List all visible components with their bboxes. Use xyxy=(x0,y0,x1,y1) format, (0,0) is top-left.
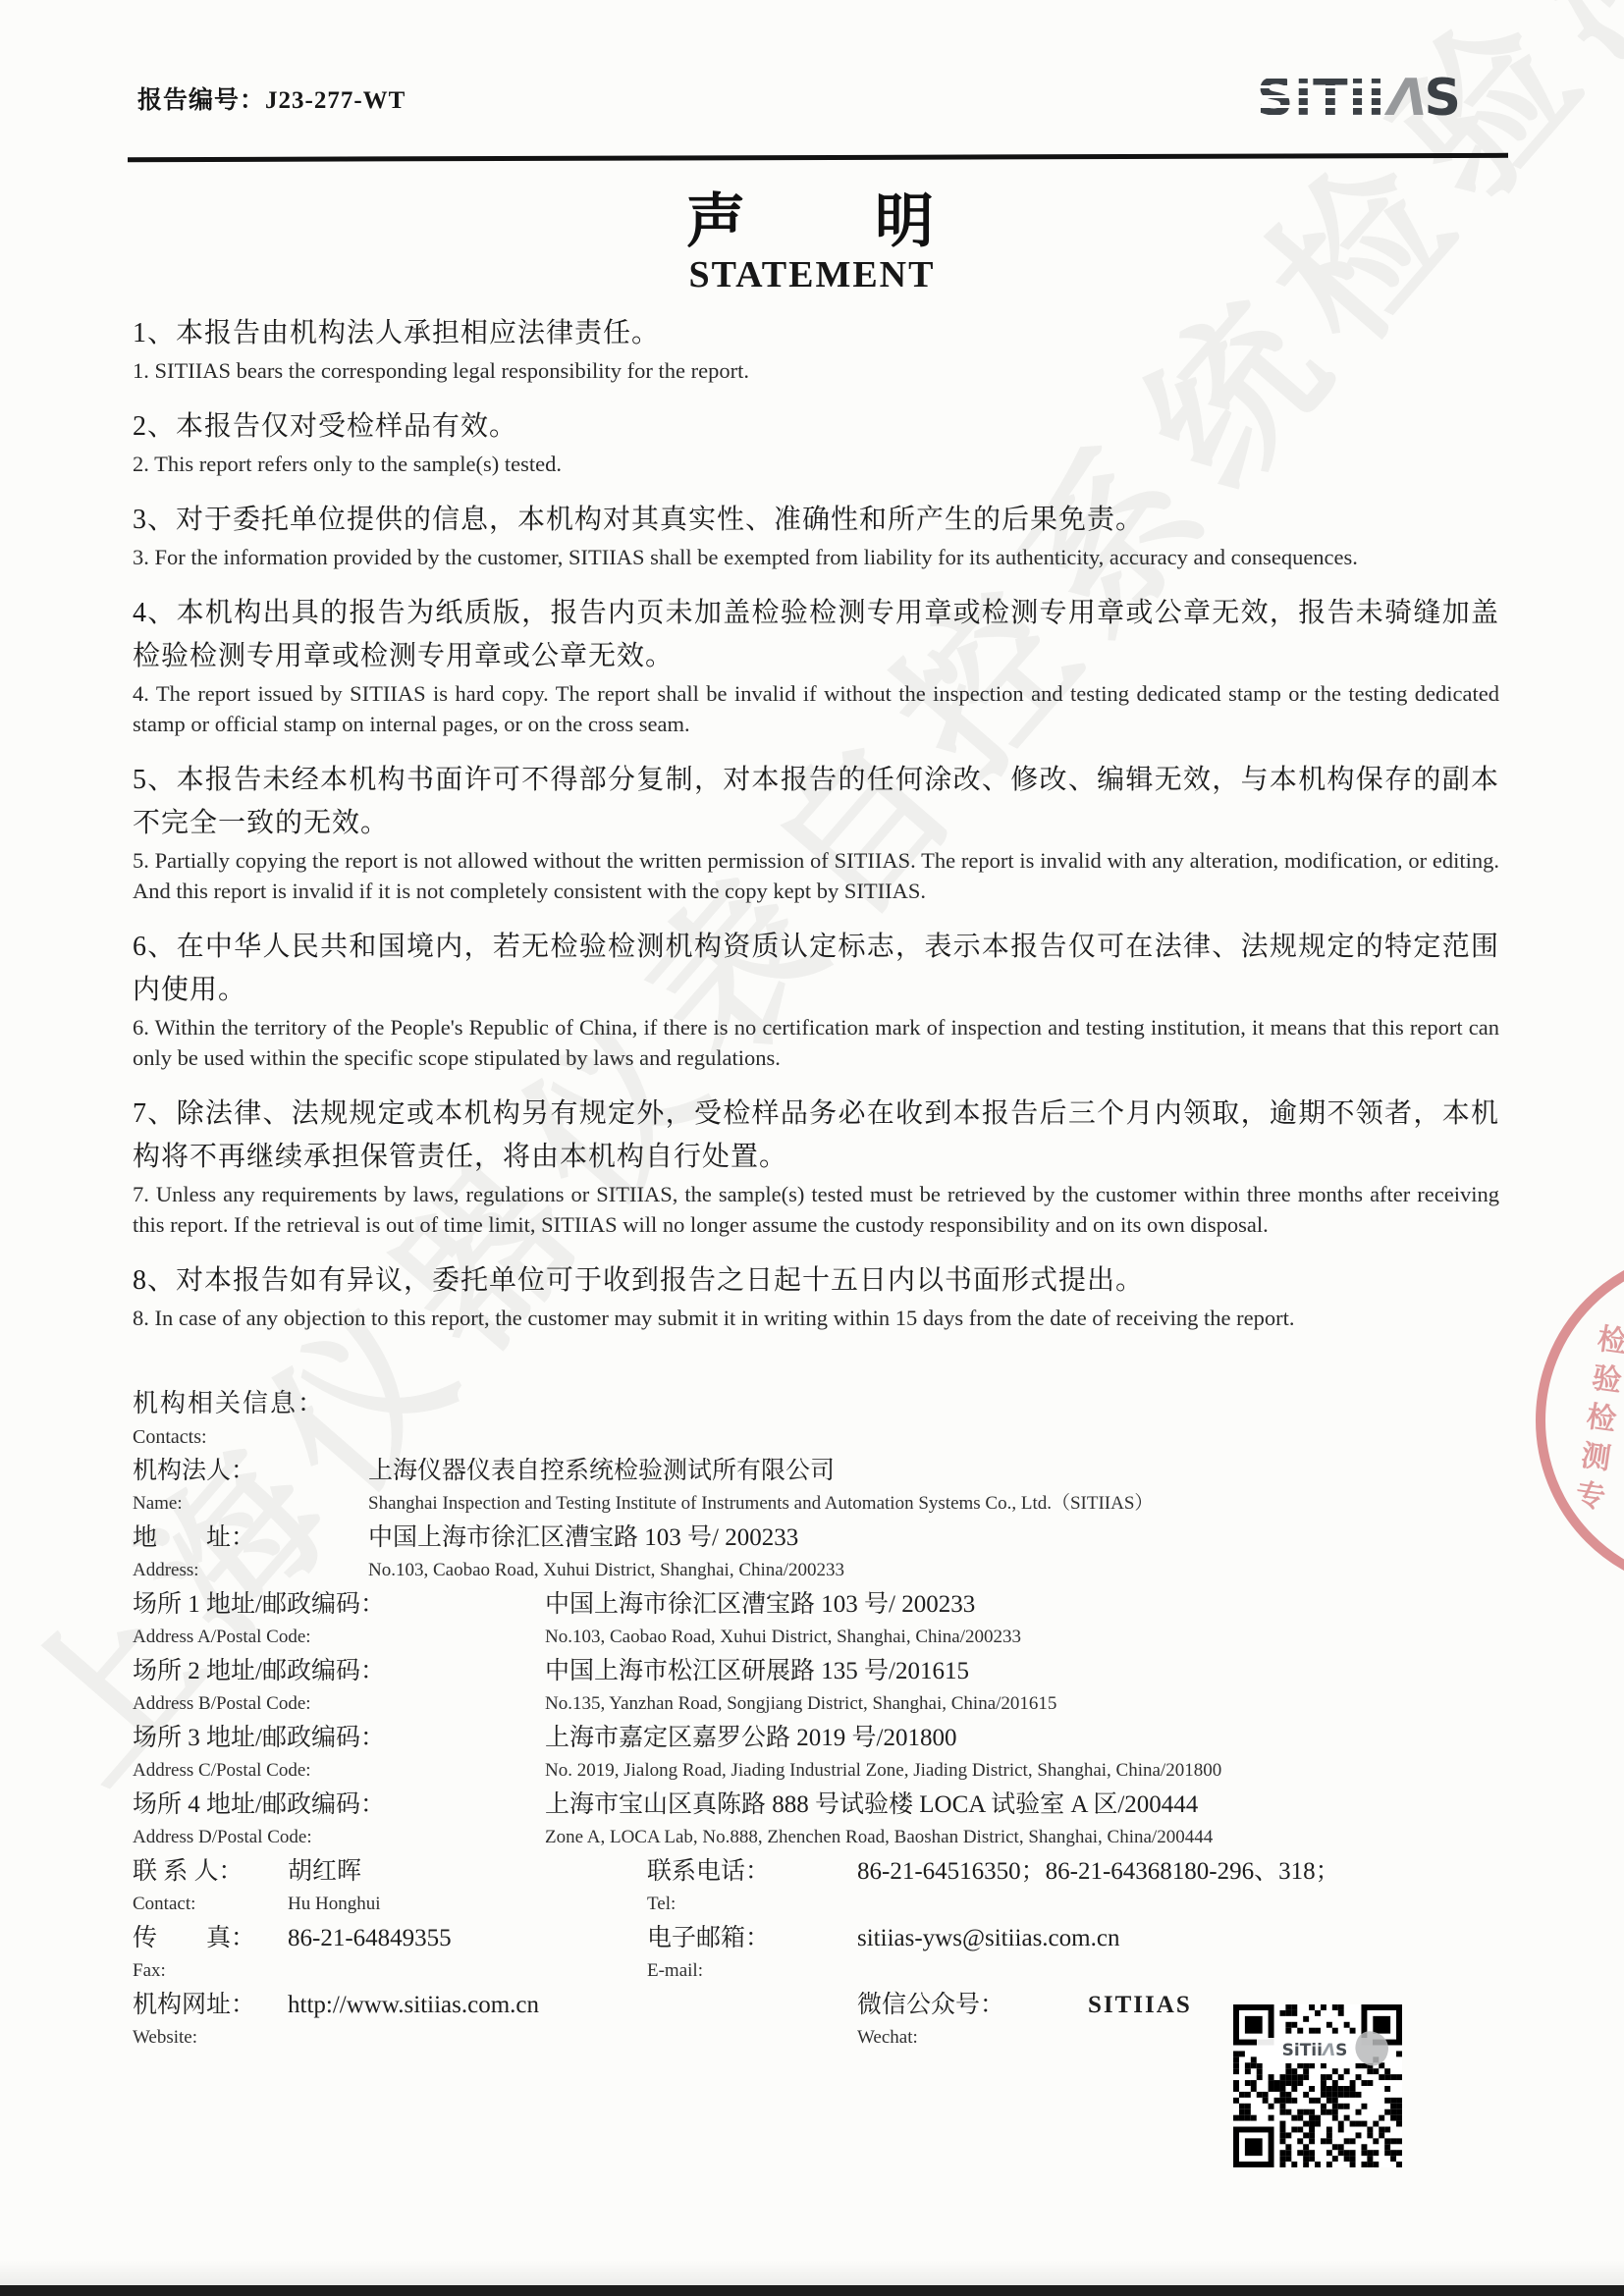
qr-logo-lambda: Λ xyxy=(1323,2041,1335,2060)
tel-value: 86-21-64516350；86-21-64368180-296、318； xyxy=(857,1853,1499,1891)
contact-row-name: 机构法人： Name: 上海仪器仪表自控系统检验测试所有限公司 Shanghai… xyxy=(133,1453,1499,1518)
contact-row-fax-email: 传 真： Fax: 86-21-64849355 电子邮箱： E-mail: s… xyxy=(133,1920,1499,1985)
contact-label-cn: 场所 1 地址/邮政编码： xyxy=(133,1586,545,1624)
contact-label-cn: 机构法人： xyxy=(133,1453,368,1490)
wechat-qr-code: SiTiiΛS xyxy=(1233,2004,1402,2167)
contact-label-en: Contact: xyxy=(133,1891,288,1918)
statement-item-6: 6、在中华人民共和国境内，若无检验检测机构资质认定标志，表示本报告仅可在法律、法… xyxy=(133,926,1499,1073)
contact-row-site-4: 场所 4 地址/邮政编码： Address D/Postal Code: 上海市… xyxy=(133,1787,1499,1851)
page-title-en: STATEMENT xyxy=(0,253,1624,296)
contact-value-cn: 上海市宝山区真陈路 888 号试验楼 LOCA 试验室 A 区/200444 xyxy=(545,1787,1499,1824)
statement-cn: 4、本机构出具的报告为纸质版，报告内页未加盖检验检测专用章或检测专用章或公章无效… xyxy=(133,592,1499,678)
contact-row-person-tel: 联 系 人： Contact: 胡红晖 Hu Honghui 联系电话： Tel… xyxy=(133,1853,1499,1918)
logo-tail-letter: S xyxy=(1425,69,1462,128)
contact-row-site-3: 场所 3 地址/邮政编码： Address C/Postal Code: 上海市… xyxy=(133,1720,1499,1785)
statement-item-8: 8、对本报告如有异议，委托单位可于收到报告之日起十五日内以书面形式提出。 8. … xyxy=(133,1259,1499,1333)
statement-en: 5. Partially copying the report is not a… xyxy=(133,845,1499,906)
statement-en: 1. SITIIAS bears the corresponding legal… xyxy=(133,355,1499,386)
statement-item-3: 3、对于委托单位提供的信息，本机构对其真实性、准确性和所产生的后果免责。 3. … xyxy=(133,499,1499,572)
contact-value-en: Zone A, LOCA Lab, No.888, Zhenchen Road,… xyxy=(545,1824,1499,1851)
logo-striped-letters: SiTii xyxy=(1257,69,1385,128)
statement-cn: 3、对于委托单位提供的信息，本机构对其真实性、准确性和所产生的后果免责。 xyxy=(133,499,1499,542)
contact-label-en: Address: xyxy=(133,1557,368,1584)
red-seal-stamp: 检验检测专 xyxy=(1528,1239,1624,1602)
statement-en: 8. In case of any objection to this repo… xyxy=(133,1303,1499,1333)
bottom-scan-edge xyxy=(0,2285,1624,2296)
contacts-heading-cn: 机构相关信息： xyxy=(133,1384,1499,1423)
statement-cn: 1、本报告由机构法人承担相应法律责任。 xyxy=(133,312,1499,355)
contact-label-en: Name: xyxy=(133,1490,368,1518)
contact-label-en: Address B/Postal Code: xyxy=(133,1690,545,1718)
contact-label-cn: 场所 3 地址/邮政编码： xyxy=(133,1720,545,1757)
statement-en: 4. The report issued by SITIIAS is hard … xyxy=(133,678,1499,739)
statement-en: 2. This report refers only to the sample… xyxy=(133,449,1499,479)
contact-label-en: Address A/Postal Code: xyxy=(133,1624,545,1651)
statement-item-4: 4、本机构出具的报告为纸质版，报告内页未加盖检验检测专用章或检测专用章或公章无效… xyxy=(133,592,1499,739)
statement-item-1: 1、本报告由机构法人承担相应法律责任。 1. SITIIAS bears the… xyxy=(133,312,1499,386)
statement-cn: 5、本报告未经本机构书面许可不得部分复制，对本报告的任何涂改、修改、编辑无效，与… xyxy=(133,759,1499,845)
contacts-section: 机构相关信息： Contacts: 机构法人： Name: 上海仪器仪表自控系统… xyxy=(133,1384,1499,2052)
contact-label-cn: 联 系 人： xyxy=(133,1853,288,1891)
statement-body: 1、本报告由机构法人承担相应法律责任。 1. SITIIAS bears the… xyxy=(133,312,1499,2052)
contact-label-cn: 场所 2 地址/邮政编码： xyxy=(133,1653,545,1690)
statement-cn: 8、对本报告如有异议，委托单位可于收到报告之日起十五日内以书面形式提出。 xyxy=(133,1259,1499,1303)
statement-item-5: 5、本报告未经本机构书面许可不得部分复制，对本报告的任何涂改、修改、编辑无效，与… xyxy=(133,759,1499,906)
page-title: 声 明 xyxy=(0,175,1624,259)
contact-label-en: Address C/Postal Code: xyxy=(133,1757,545,1785)
statement-item-7: 7、除法律、法规规定或本机构另有规定外，受检样品务必在收到本报告后三个月内领取，… xyxy=(133,1093,1499,1240)
contact-value-cn: 中国上海市徐汇区漕宝路 103 号/ 200233 xyxy=(545,1586,1499,1624)
tel-label-en: Tel: xyxy=(647,1891,857,1918)
contact-row-address: 地 址： Address: 中国上海市徐汇区漕宝路 103 号/ 200233 … xyxy=(133,1520,1499,1584)
logo-lambda-letter: Λ xyxy=(1387,69,1428,128)
contact-value-en: Shanghai Inspection and Testing Institut… xyxy=(368,1490,1499,1518)
qr-logo-tail: S xyxy=(1335,2041,1347,2060)
contact-label-cn: 场所 4 地址/邮政编码： xyxy=(133,1787,545,1824)
seal-ring xyxy=(1536,1249,1624,1592)
scan-shadow xyxy=(0,2260,1624,2285)
statement-en: 3. For the information provided by the c… xyxy=(133,542,1499,572)
wechat-label-cn: 微信公众号： xyxy=(857,1987,1088,2024)
page-header: 报告编号：J23-277-WT SiTiiΛS xyxy=(133,69,1506,157)
statement-en: 6. Within the territory of the People's … xyxy=(133,1012,1499,1073)
fax-label-cn: 传 真： xyxy=(133,1920,288,1957)
sitiias-logo: SiTiiΛS xyxy=(1257,69,1462,128)
report-number: 报告编号：J23-277-WT xyxy=(137,80,406,116)
tel-label-cn: 联系电话： xyxy=(647,1853,857,1891)
contact-label-cn: 地 址： xyxy=(133,1520,368,1557)
qr-logo-striped: SiTii xyxy=(1282,2041,1323,2060)
website-label-cn: 机构网址： xyxy=(133,1987,288,2024)
contact-value-en: No. 2019, Jialong Road, Jiading Industri… xyxy=(545,1757,1499,1785)
statement-cn: 7、除法律、法规规定或本机构另有规定外，受检样品务必在收到本报告后三个月内领取，… xyxy=(133,1093,1499,1179)
statement-en: 7. Unless any requirements by laws, regu… xyxy=(133,1179,1499,1240)
fax-value: 86-21-64849355 xyxy=(288,1920,647,1957)
contact-person-value: 胡红晖 xyxy=(288,1853,647,1891)
statement-cn: 2、本报告仅对受检样品有效。 xyxy=(133,405,1499,449)
contact-row-site-1: 场所 1 地址/邮政编码： Address A/Postal Code: 中国上… xyxy=(133,1586,1499,1651)
contact-label-en: Address D/Postal Code: xyxy=(133,1824,545,1851)
email-value: sitiias-yws@sitiias.com.cn xyxy=(857,1920,1499,1957)
website-value: http://www.sitiias.com.cn xyxy=(288,1987,857,2024)
email-label-en: E-mail: xyxy=(647,1957,857,1985)
website-label-en: Website: xyxy=(133,2024,288,2052)
contact-value-cn: 中国上海市松江区研展路 135 号/201615 xyxy=(545,1653,1499,1690)
contact-value-cn: 上海仪器仪表自控系统检验测试所有限公司 xyxy=(368,1453,1499,1490)
email-label-cn: 电子邮箱： xyxy=(647,1920,857,1957)
contact-value-cn: 上海市嘉定区嘉罗公路 2019 号/201800 xyxy=(545,1720,1499,1757)
contact-value-cn: 中国上海市徐汇区漕宝路 103 号/ 200233 xyxy=(368,1520,1499,1557)
contact-value-en: No.103, Caobao Road, Xuhui District, Sha… xyxy=(368,1557,1499,1584)
statement-cn: 6、在中华人民共和国境内，若无检验检测机构资质认定标志，表示本报告仅可在法律、法… xyxy=(133,926,1499,1012)
contact-row-site-2: 场所 2 地址/邮政编码： Address B/Postal Code: 中国上… xyxy=(133,1653,1499,1718)
contact-value-en: No.135, Yanzhan Road, Songjiang District… xyxy=(545,1690,1499,1718)
contact-value-en: No.103, Caobao Road, Xuhui District, Sha… xyxy=(545,1624,1499,1651)
contacts-heading-en: Contacts: xyxy=(133,1423,1499,1451)
wechat-label-en: Wechat: xyxy=(857,2024,1088,2052)
contact-person-value-en: Hu Honghui xyxy=(288,1891,647,1918)
scanned-statement-page: 上海仪器仪表自控系统检验测试所有限公司 报告编号：J23-277-WT SiTi… xyxy=(0,0,1624,2296)
seal-glyphs: 检验检测专 xyxy=(1536,1317,1624,1531)
fax-label-en: Fax: xyxy=(133,1957,288,1985)
statement-item-2: 2、本报告仅对受检样品有效。 2. This report refers onl… xyxy=(133,405,1499,479)
